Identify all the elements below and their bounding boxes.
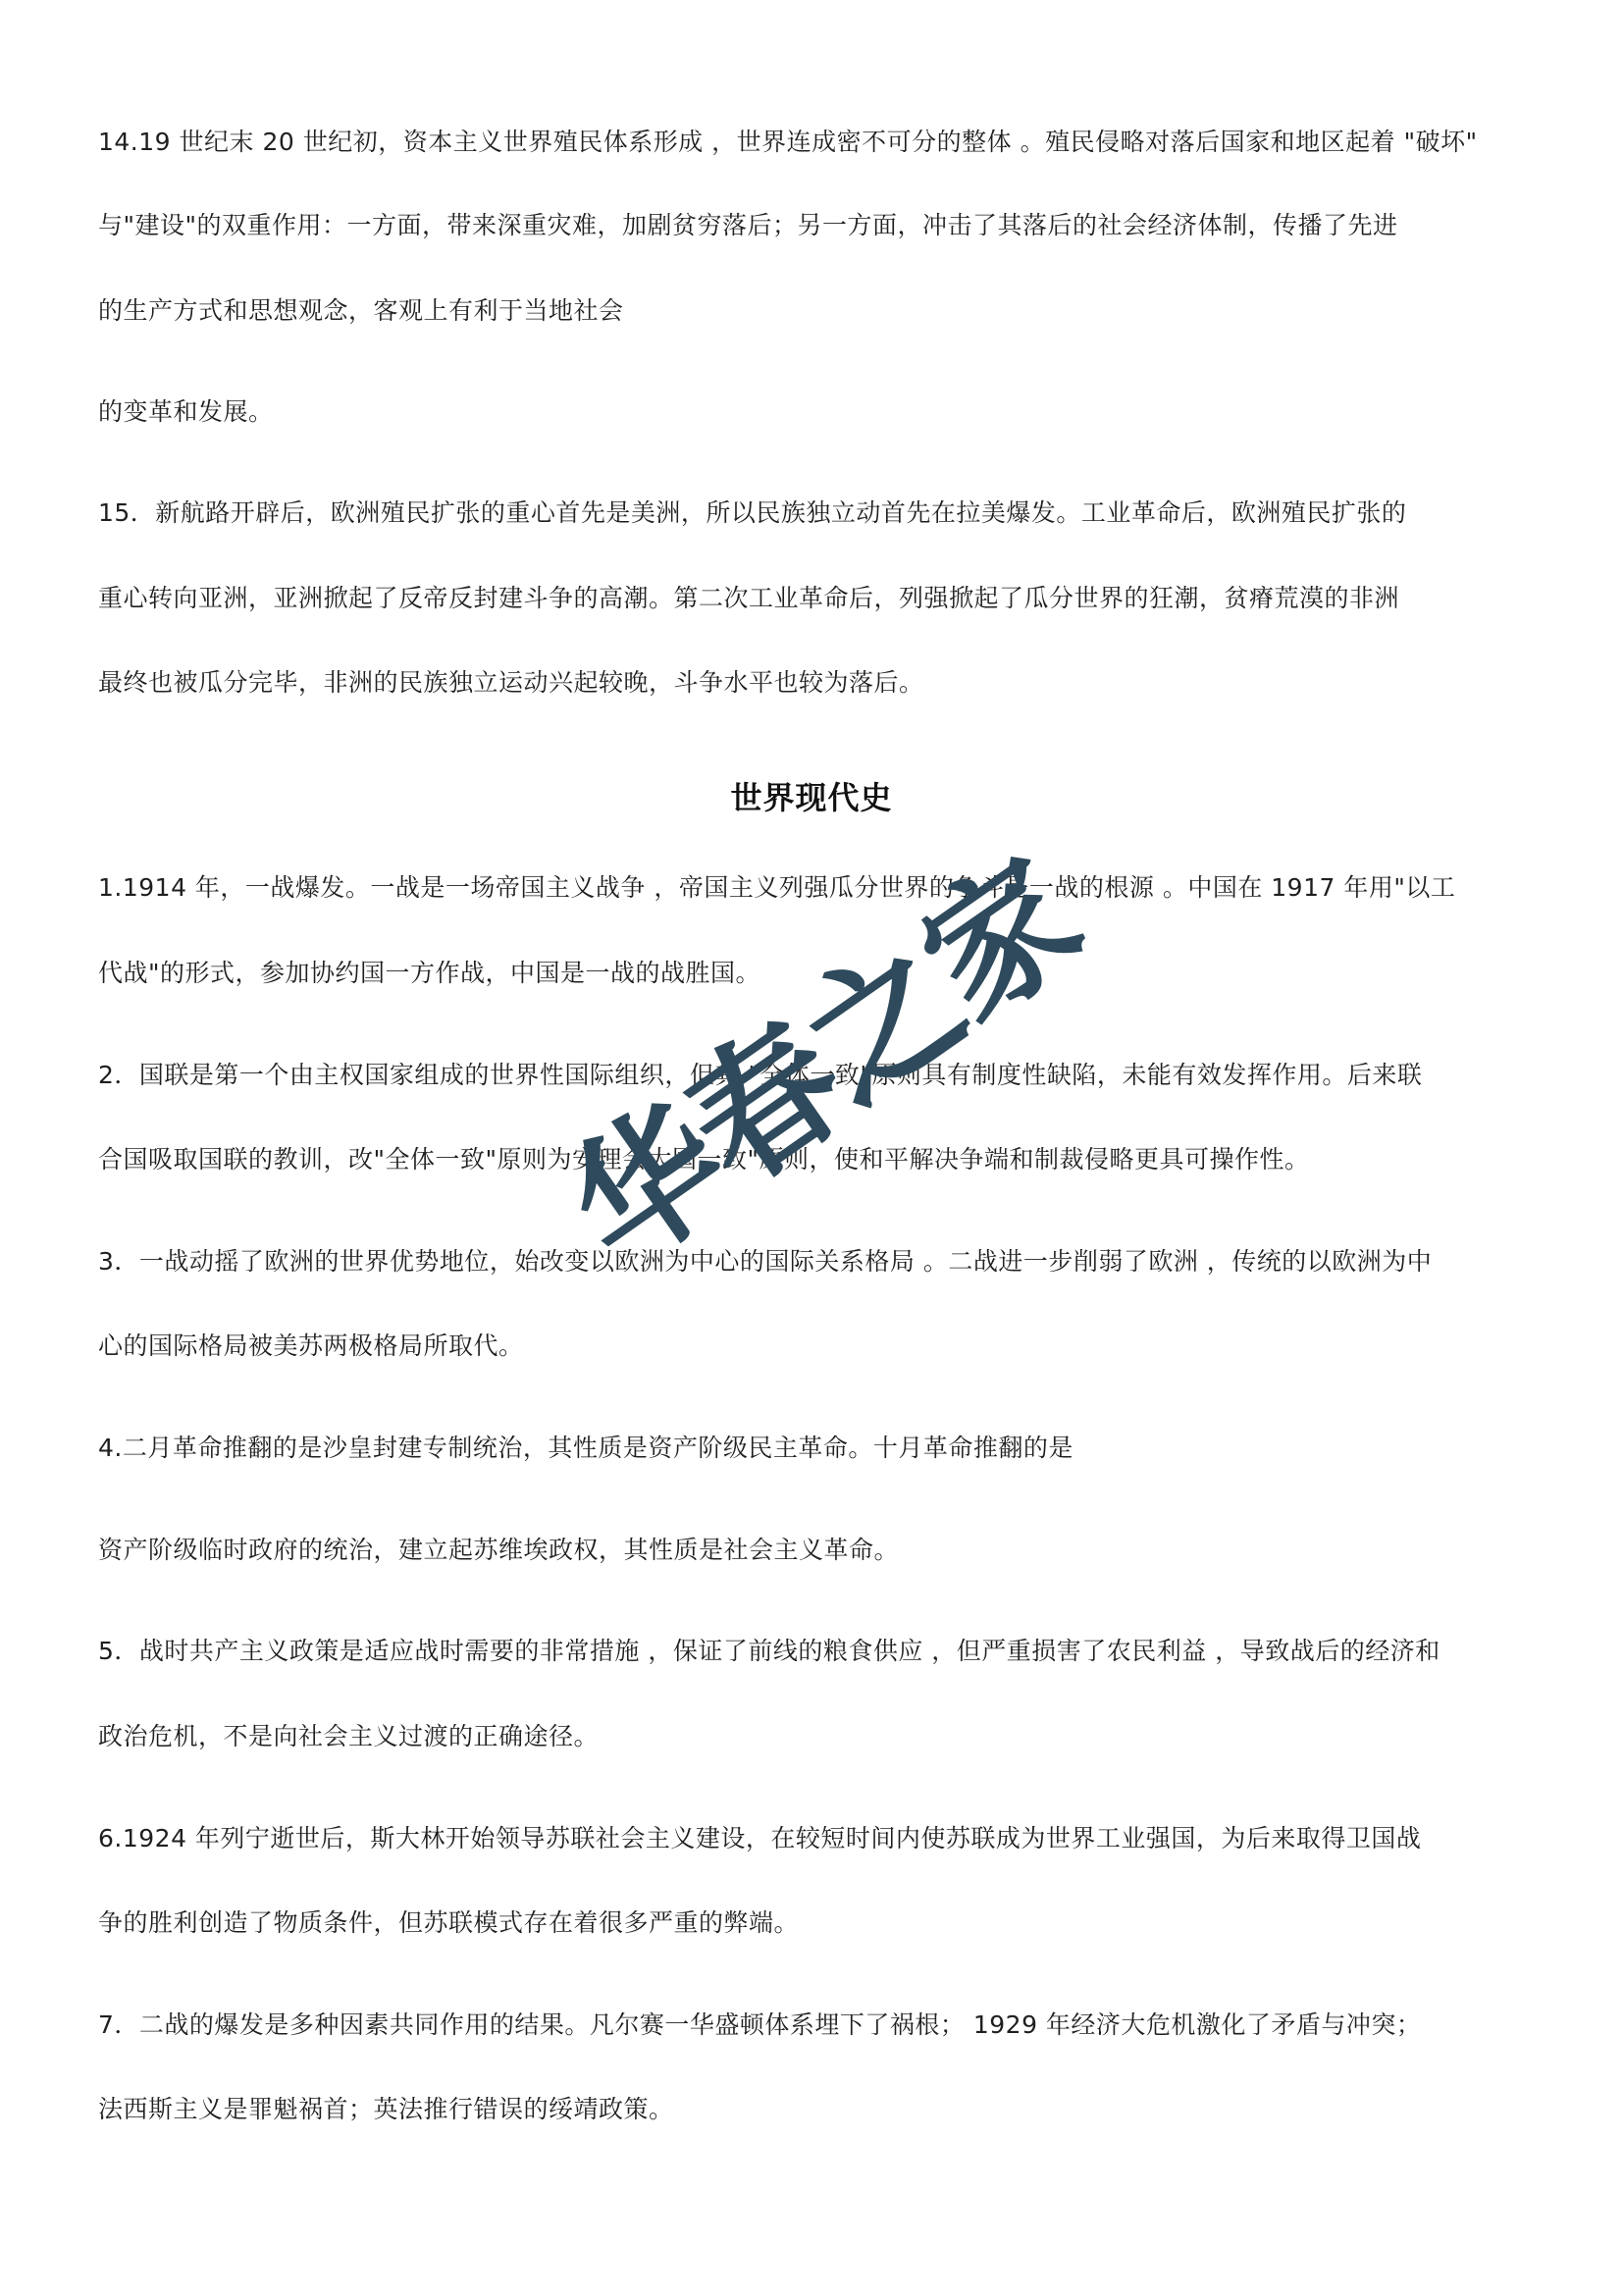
paragraph-line: 代战"的形式，参加协约国一方作战，中国是一战的战胜国。 [98, 959, 760, 988]
paragraph-line: 政治危机，不是向社会主义过渡的正确途径。 [98, 1722, 599, 1751]
paragraph-line: 7．二战的爆发是多种因素共同作用的结果。凡尔赛一华盛顿体系埋下了祸根； 1929… [98, 2010, 1421, 2040]
paragraph-line: 14.19 世纪末 20 世纪初，资本主义世界殖民体系形成 ，世界连成密不可分的… [98, 128, 1478, 157]
paragraph-line: 重心转向亚洲，亚洲掀起了反帝反封建斗争的高潮。第二次工业革命后，列强掀起了瓜分世… [98, 584, 1399, 613]
section-title: 世界现代史 [0, 773, 1623, 818]
paragraph-line: 3．一战动摇了欧洲的世界优势地位，始改变以欧洲为中心的国际关系格局 。二战进一步… [98, 1247, 1432, 1277]
paragraph-line: 1.1914 年，一战爆发。一战是一场帝国主义战争 ，帝国主义列强瓜分世界的争斗… [98, 873, 1455, 903]
paragraph-line: 资产阶级临时政府的统治，建立起苏维埃政权，其性质是社会主义革命。 [98, 1536, 899, 1565]
paragraph-line: 心的国际格局被美苏两极格局所取代。 [98, 1331, 524, 1361]
paragraph-line: 的变革和发展。 [98, 397, 274, 427]
paragraph-line: 6.1924 年列宁逝世后，斯大林开始领导苏联社会主义建设，在较短时间内使苏联成… [98, 1824, 1421, 1853]
paragraph-line: 与"建设"的双重作用：一方面，带来深重灾难，加剧贫穷落后；另一方面，冲击了其落后… [98, 211, 1398, 240]
paragraph-line: 合国吸取国联的教训，改"全体一致"原则为安理会大国一致"原则，使和平解决争端和制… [98, 1145, 1310, 1174]
paragraph-line: 的生产方式和思想观念，客观上有利于当地社会 [98, 296, 624, 326]
paragraph-line: 法西斯主义是罪魁祸首；英法推行错误的绥靖政策。 [98, 2095, 674, 2124]
paragraph-line: 2．国联是第一个由主权国家组成的世界性国际组织，但其 "全体一致"原则具有制度性… [98, 1061, 1422, 1090]
paragraph-line: 最终也被瓜分完毕，非洲的民族独立运动兴起较晚，斗争水平也较为落后。 [98, 668, 924, 698]
paragraph-line: 争的胜利创造了物质条件，但苏联模式存在着很多严重的弊端。 [98, 1908, 799, 1938]
paragraph-line: 5．战时共产主义政策是适应战时需要的非常措施 ，保证了前线的粮食供应 ，但严重损… [98, 1637, 1440, 1666]
paragraph-line: 15．新航路开辟后，欧洲殖民扩张的重心首先是美洲，所以民族独立动首先在拉美爆发。… [98, 498, 1406, 528]
paragraph-line: 4.二月革命推翻的是沙皇封建专制统治，其性质是资产阶级民主革命。十月革命推翻的是 [98, 1434, 1073, 1463]
document-page: 14.19 世纪末 20 世纪初，资本主义世界殖民体系形成 ，世界连成密不可分的… [0, 0, 1623, 2296]
